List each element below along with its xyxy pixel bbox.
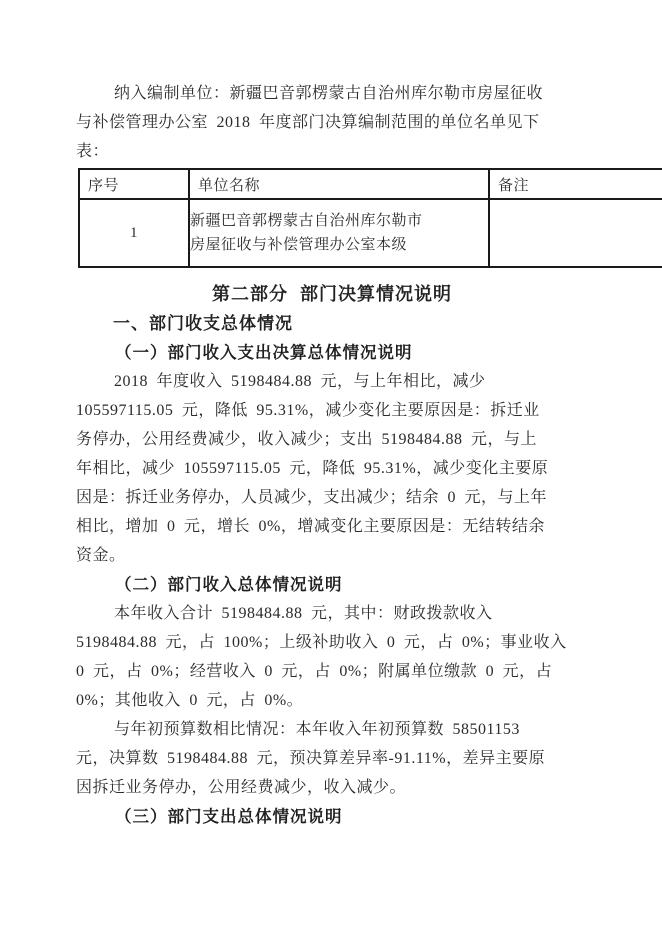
table-cell-name: 新疆巴音郭楞蒙古自治州库尔勒市 房屋征收与补偿管理办公室本级 — [189, 199, 489, 267]
table-cell-seq: 1 — [79, 199, 189, 267]
para2-line: 0%；其他收入 0 元，占 0%。 — [76, 686, 588, 715]
document-page: 纳入编制单位：新疆巴音郭楞蒙古自治州库尔勒市房屋征收 与补偿管理办公室 2018… — [0, 0, 662, 936]
page-content: 纳入编制单位：新疆巴音郭楞蒙古自治州库尔勒市房屋征收 与补偿管理办公室 2018… — [0, 0, 662, 831]
section1-heading: 一、部门收支总体情况 — [76, 309, 588, 338]
subsection1-heading: （一）部门收入支出决算总体情况说明 — [76, 338, 588, 367]
table-header-name: 单位名称 — [189, 169, 489, 199]
intro-line: 纳入编制单位：新疆巴音郭楞蒙古自治州库尔勒市房屋征收 — [76, 79, 588, 108]
units-table: 序号 单位名称 备注 1 新疆巴音郭楞蒙古自治州库尔勒市 房屋征收与补偿管理办公… — [78, 168, 662, 268]
intro-line: 与补偿管理办公室 2018 年度部门决算编制范围的单位名单见下 — [76, 108, 588, 137]
para1-line: 相比，增加 0 元，增长 0%，增减变化主要原因是：无结转结余 — [76, 512, 588, 541]
intro-line: 表： — [76, 137, 588, 166]
para1-line: 年相比，减少 105597115.05 元，降低 95.31%，减少变化主要原 — [76, 454, 588, 483]
para1-line: 务停办，公用经费减少，收入减少；支出 5198484.88 元，与上 — [76, 425, 588, 454]
para1-line: 2018 年度收入 5198484.88 元，与上年相比，减少 — [76, 367, 588, 396]
table-header-seq: 序号 — [79, 169, 189, 199]
para3-line: 与年初预算数相比情况：本年收入年初预算数 58501153 — [76, 715, 588, 744]
para2-line: 5198484.88 元，占 100%；上级补助收入 0 元，占 0%；事业收入 — [76, 628, 588, 657]
unit-name-line: 新疆巴音郭楞蒙古自治州库尔勒市 — [190, 209, 488, 233]
table-row: 1 新疆巴音郭楞蒙古自治州库尔勒市 房屋征收与补偿管理办公室本级 — [79, 199, 662, 267]
part2-title: 第二部分 部门决算情况说明 — [76, 280, 588, 309]
para1-line: 因是：拆迁业务停办，人员减少，支出减少；结余 0 元，与上年 — [76, 483, 588, 512]
subsection3-heading: （三）部门支出总体情况说明 — [76, 802, 588, 831]
table-cell-note — [489, 199, 662, 267]
unit-name-line: 房屋征收与补偿管理办公室本级 — [190, 233, 488, 257]
para1-line: 105597115.05 元，降低 95.31%，减少变化主要原因是：拆迁业 — [76, 396, 588, 425]
para2-line: 0 元，占 0%；经营收入 0 元，占 0%；附属单位缴款 0 元，占 — [76, 657, 588, 686]
para1-line: 资金。 — [76, 541, 588, 570]
para2-line: 本年收入合计 5198484.88 元，其中：财政拨款收入 — [76, 599, 588, 628]
para3-line: 因拆迁业务停办，公用经费减少，收入减少。 — [76, 773, 588, 802]
subsection2-heading: （二）部门收入总体情况说明 — [76, 570, 588, 599]
para3-line: 元，决算数 5198484.88 元，预决算差异率-91.11%，差异主要原 — [76, 744, 588, 773]
table-header-row: 序号 单位名称 备注 — [79, 169, 662, 199]
table-header-note: 备注 — [489, 169, 662, 199]
